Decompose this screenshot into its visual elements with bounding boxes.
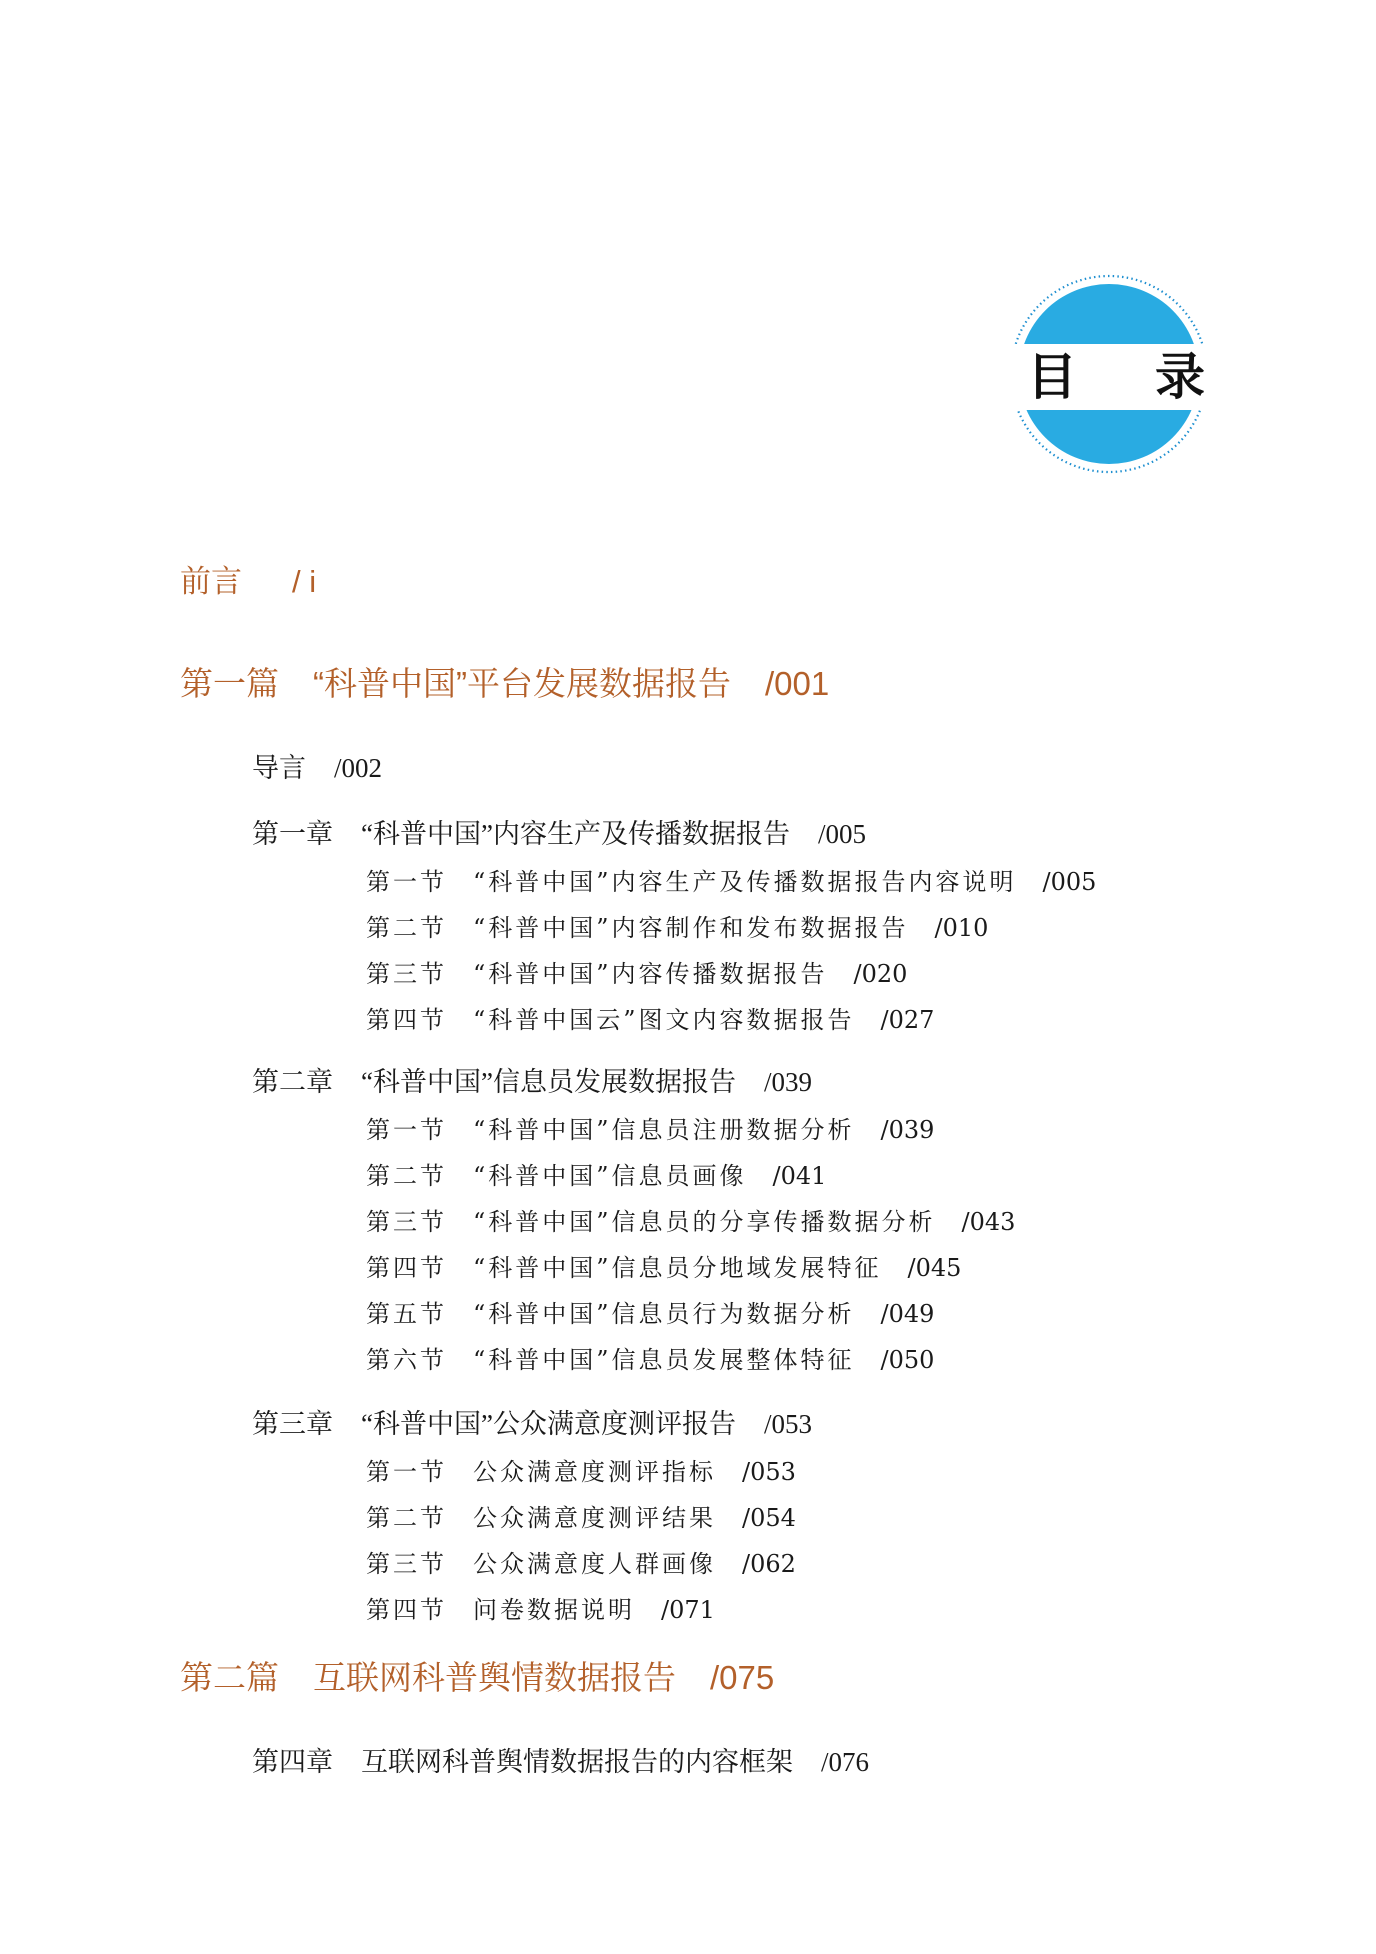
section-label: 第四节 <box>366 1254 447 1282</box>
toc-part-1[interactable]: 第一篇“科普中国”平台发展数据报告/001 <box>180 658 829 705</box>
chapter-label: 第三章 <box>252 1409 333 1439</box>
toc-section[interactable]: 第一节“科普中国”内容生产及传播数据报告内容说明/005 <box>366 862 1096 897</box>
toc-section[interactable]: 第一节公众满意度测评指标/053 <box>366 1452 796 1487</box>
part-title: 互联网科普舆情数据报告 <box>313 1659 676 1696</box>
chapter-page: /039 <box>764 1067 812 1097</box>
toc-chapter-2[interactable]: 第二章“科普中国”信息员发展数据报告/039 <box>252 1060 812 1099</box>
chapter-page: /076 <box>821 1747 869 1777</box>
section-page: /049 <box>881 1300 935 1328</box>
section-title: “科普中国”信息员发展整体特征 <box>473 1346 855 1374</box>
section-page: /050 <box>881 1346 935 1374</box>
section-title: “科普中国”内容制作和发布数据报告 <box>473 914 909 942</box>
section-title: 公众满意度测评结果 <box>473 1504 716 1532</box>
badge-title-char-2: 录 <box>1155 346 1205 408</box>
preface-title: 前言 <box>180 564 242 599</box>
toc-section[interactable]: 第四节“科普中国云”图文内容数据报告/027 <box>366 1000 934 1035</box>
section-label: 第一节 <box>366 868 447 896</box>
section-page: /010 <box>935 914 989 942</box>
section-page: /054 <box>742 1504 796 1532</box>
section-label: 第二节 <box>366 1504 447 1532</box>
section-page: /062 <box>742 1550 796 1578</box>
toc-page: 目 录 前言/ i 第一篇“科普中国”平台发展数据报告/001 导言/002 第… <box>0 0 1376 1954</box>
section-title: “科普中国”内容生产及传播数据报告内容说明 <box>473 868 1017 896</box>
toc-chapter-1[interactable]: 第一章“科普中国”内容生产及传播数据报告/005 <box>252 812 866 851</box>
part-label: 第二篇 <box>180 1659 279 1696</box>
toc-intro[interactable]: 导言/002 <box>252 746 382 785</box>
chapter-title: “科普中国”公众满意度测评报告 <box>361 1409 736 1439</box>
toc-title-badge: 目 录 <box>1007 272 1211 476</box>
section-page: /053 <box>742 1458 796 1486</box>
chapter-label: 第二章 <box>252 1067 333 1097</box>
toc-chapter-3[interactable]: 第三章“科普中国”公众满意度测评报告/053 <box>252 1402 812 1441</box>
section-title: 公众满意度人群画像 <box>473 1550 716 1578</box>
chapter-page: /053 <box>764 1409 812 1439</box>
badge-title-band: 目 录 <box>1013 344 1209 410</box>
section-page: /045 <box>908 1254 962 1282</box>
part-page: /075 <box>710 1659 774 1696</box>
chapter-page: /005 <box>818 819 866 849</box>
section-title: 公众满意度测评指标 <box>473 1458 716 1486</box>
section-page: /043 <box>962 1208 1016 1236</box>
section-label: 第四节 <box>366 1596 447 1624</box>
section-page: /039 <box>881 1116 935 1144</box>
toc-section[interactable]: 第四节问卷数据说明/071 <box>366 1590 715 1625</box>
section-page: /041 <box>773 1162 827 1190</box>
toc-preface[interactable]: 前言/ i <box>180 556 316 601</box>
section-label: 第二节 <box>366 914 447 942</box>
chapter-title: 互联网科普舆情数据报告的内容框架 <box>361 1747 793 1777</box>
toc-section[interactable]: 第二节公众满意度测评结果/054 <box>366 1498 796 1533</box>
section-title: “科普中国”信息员画像 <box>473 1162 747 1190</box>
section-title: “科普中国”信息员的分享传播数据分析 <box>473 1208 936 1236</box>
section-title: “科普中国”内容传播数据报告 <box>473 960 828 988</box>
toc-section[interactable]: 第五节“科普中国”信息员行为数据分析/049 <box>366 1294 934 1329</box>
section-label: 第三节 <box>366 1208 447 1236</box>
section-title: “科普中国”信息员注册数据分析 <box>473 1116 855 1144</box>
chapter-label: 第四章 <box>252 1747 333 1777</box>
part-page: /001 <box>765 665 829 702</box>
badge-title-char-1: 目 <box>1027 346 1077 408</box>
section-label: 第一节 <box>366 1116 447 1144</box>
section-label: 第二节 <box>366 1162 447 1190</box>
section-page: /027 <box>881 1006 935 1034</box>
toc-section[interactable]: 第二节“科普中国”信息员画像/041 <box>366 1156 826 1191</box>
toc-section[interactable]: 第二节“科普中国”内容制作和发布数据报告/010 <box>366 908 988 943</box>
toc-section[interactable]: 第三节“科普中国”内容传播数据报告/020 <box>366 954 907 989</box>
section-title: “科普中国”信息员分地域发展特征 <box>473 1254 882 1282</box>
toc-chapter-4[interactable]: 第四章互联网科普舆情数据报告的内容框架/076 <box>252 1740 869 1779</box>
section-label: 第四节 <box>366 1006 447 1034</box>
section-label: 第一节 <box>366 1458 447 1486</box>
chapter-title: “科普中国”信息员发展数据报告 <box>361 1067 736 1097</box>
toc-part-2[interactable]: 第二篇互联网科普舆情数据报告/075 <box>180 1652 774 1699</box>
section-page: /071 <box>661 1596 715 1624</box>
part-title: “科普中国”平台发展数据报告 <box>313 665 731 702</box>
section-label: 第六节 <box>366 1346 447 1374</box>
section-label: 第三节 <box>366 1550 447 1578</box>
section-title: “科普中国云”图文内容数据报告 <box>473 1006 855 1034</box>
toc-section[interactable]: 第三节公众满意度人群画像/062 <box>366 1544 796 1579</box>
toc-section[interactable]: 第一节“科普中国”信息员注册数据分析/039 <box>366 1110 934 1145</box>
chapter-label: 第一章 <box>252 819 333 849</box>
intro-page: /002 <box>334 753 382 783</box>
toc-section[interactable]: 第六节“科普中国”信息员发展整体特征/050 <box>366 1340 934 1375</box>
section-title: 问卷数据说明 <box>473 1596 635 1624</box>
section-label: 第五节 <box>366 1300 447 1328</box>
section-label: 第三节 <box>366 960 447 988</box>
chapter-title: “科普中国”内容生产及传播数据报告 <box>361 819 790 849</box>
toc-section[interactable]: 第四节“科普中国”信息员分地域发展特征/045 <box>366 1248 961 1283</box>
section-title: “科普中国”信息员行为数据分析 <box>473 1300 855 1328</box>
preface-page: / i <box>292 564 316 599</box>
section-page: /005 <box>1043 868 1097 896</box>
toc-section[interactable]: 第三节“科普中国”信息员的分享传播数据分析/043 <box>366 1202 1015 1237</box>
intro-title: 导言 <box>252 753 306 783</box>
section-page: /020 <box>854 960 908 988</box>
part-label: 第一篇 <box>180 665 279 702</box>
